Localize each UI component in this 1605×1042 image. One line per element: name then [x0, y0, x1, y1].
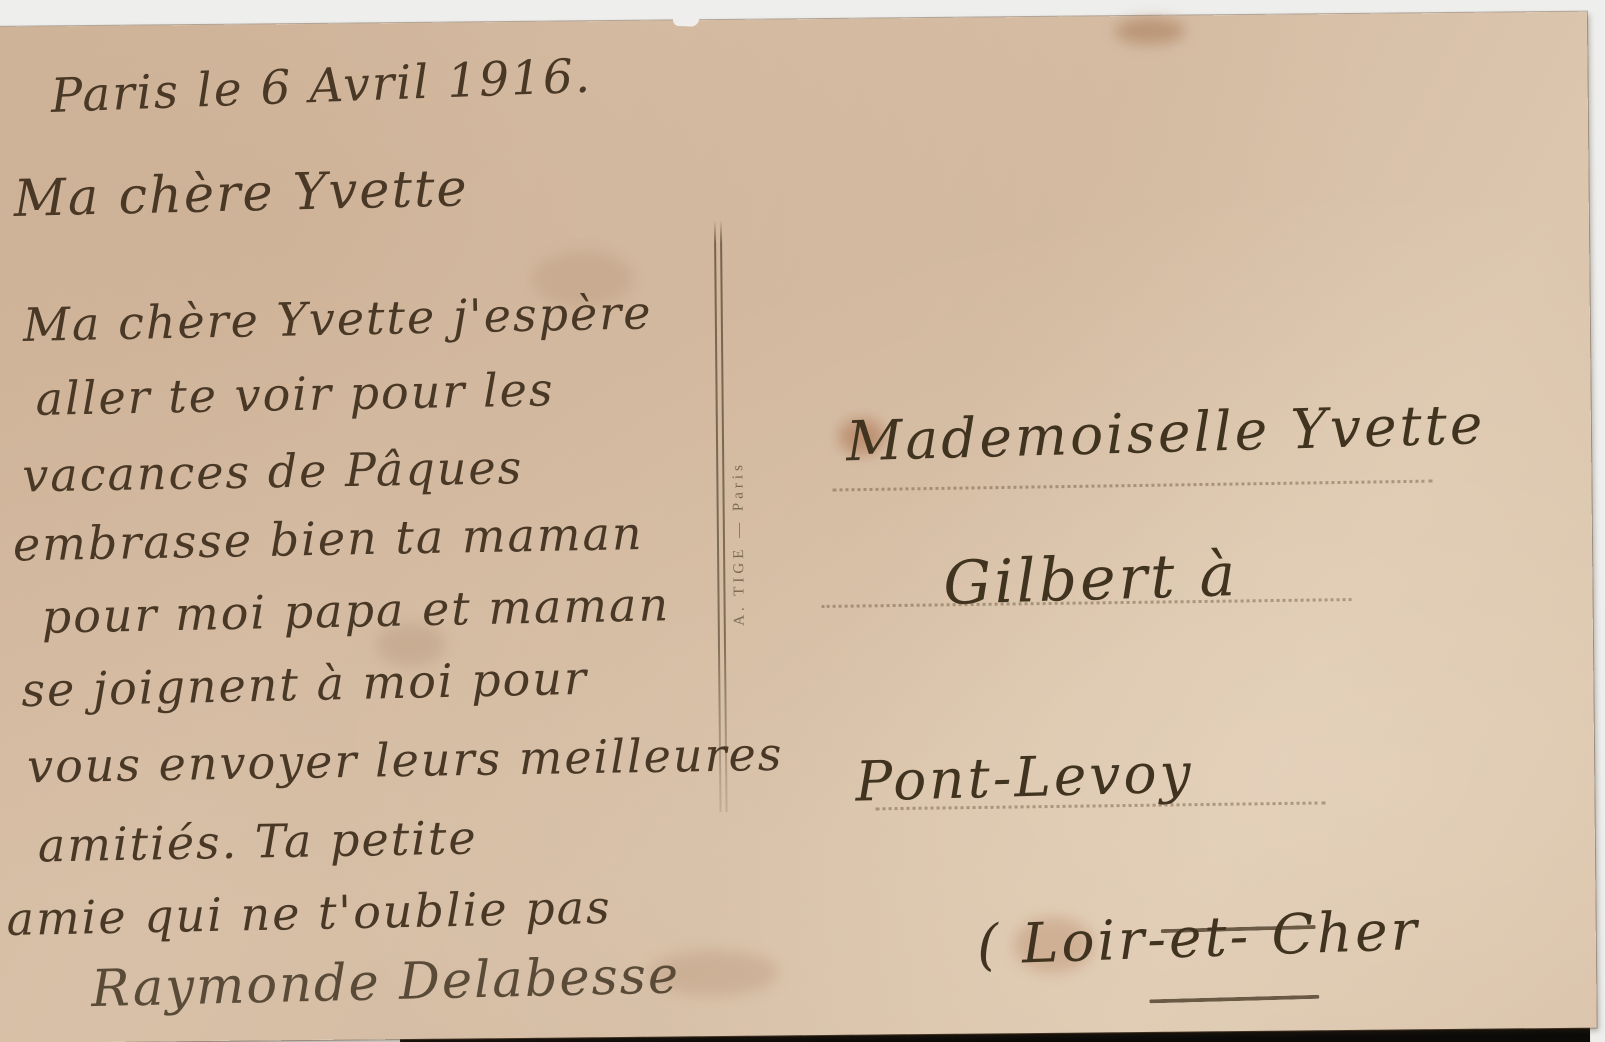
message-line: vous envoyer leurs meilleures: [27, 727, 784, 794]
divider-rule-right: [720, 220, 728, 812]
address-rule-1: [832, 480, 1432, 492]
address-line-4: ( Loir-et- Cher: [976, 898, 1421, 977]
underline-et: [1149, 995, 1319, 1004]
postcard-back: A. TIGE — Paris Paris le 6 Avril 1916. M…: [0, 12, 1597, 1042]
address-line-1: Mademoiselle Yvette: [845, 392, 1486, 473]
message-line: vacances de Pâques: [22, 440, 524, 502]
message-line: pour moi papa et maman: [41, 577, 670, 644]
publisher-imprint: A. TIGE — Paris: [730, 418, 754, 670]
message-line: se joignent à moi pour: [21, 651, 589, 717]
message-line: amitiés. Ta petite: [37, 810, 478, 872]
date-line: Paris le 6 Avril 1916.: [50, 49, 593, 124]
message-line: amie qui ne t'oublie pas: [6, 880, 612, 946]
signature: Raymonde Delabesse: [91, 946, 681, 1019]
message-line: embrasse bien ta maman: [12, 506, 644, 572]
message-line: aller te voir pour les: [35, 362, 555, 426]
address-line-3: Pont-Levoy: [854, 741, 1194, 814]
stain: [1115, 18, 1185, 45]
message-line: Ma chère Yvette j'espère: [22, 285, 653, 352]
paper-tear: [673, 16, 699, 27]
postcard-scan: A. TIGE — Paris Paris le 6 Avril 1916. M…: [0, 0, 1605, 1042]
salutation: Ma chère Yvette: [13, 159, 469, 229]
address-line-2: Gilbert à: [942, 540, 1239, 619]
